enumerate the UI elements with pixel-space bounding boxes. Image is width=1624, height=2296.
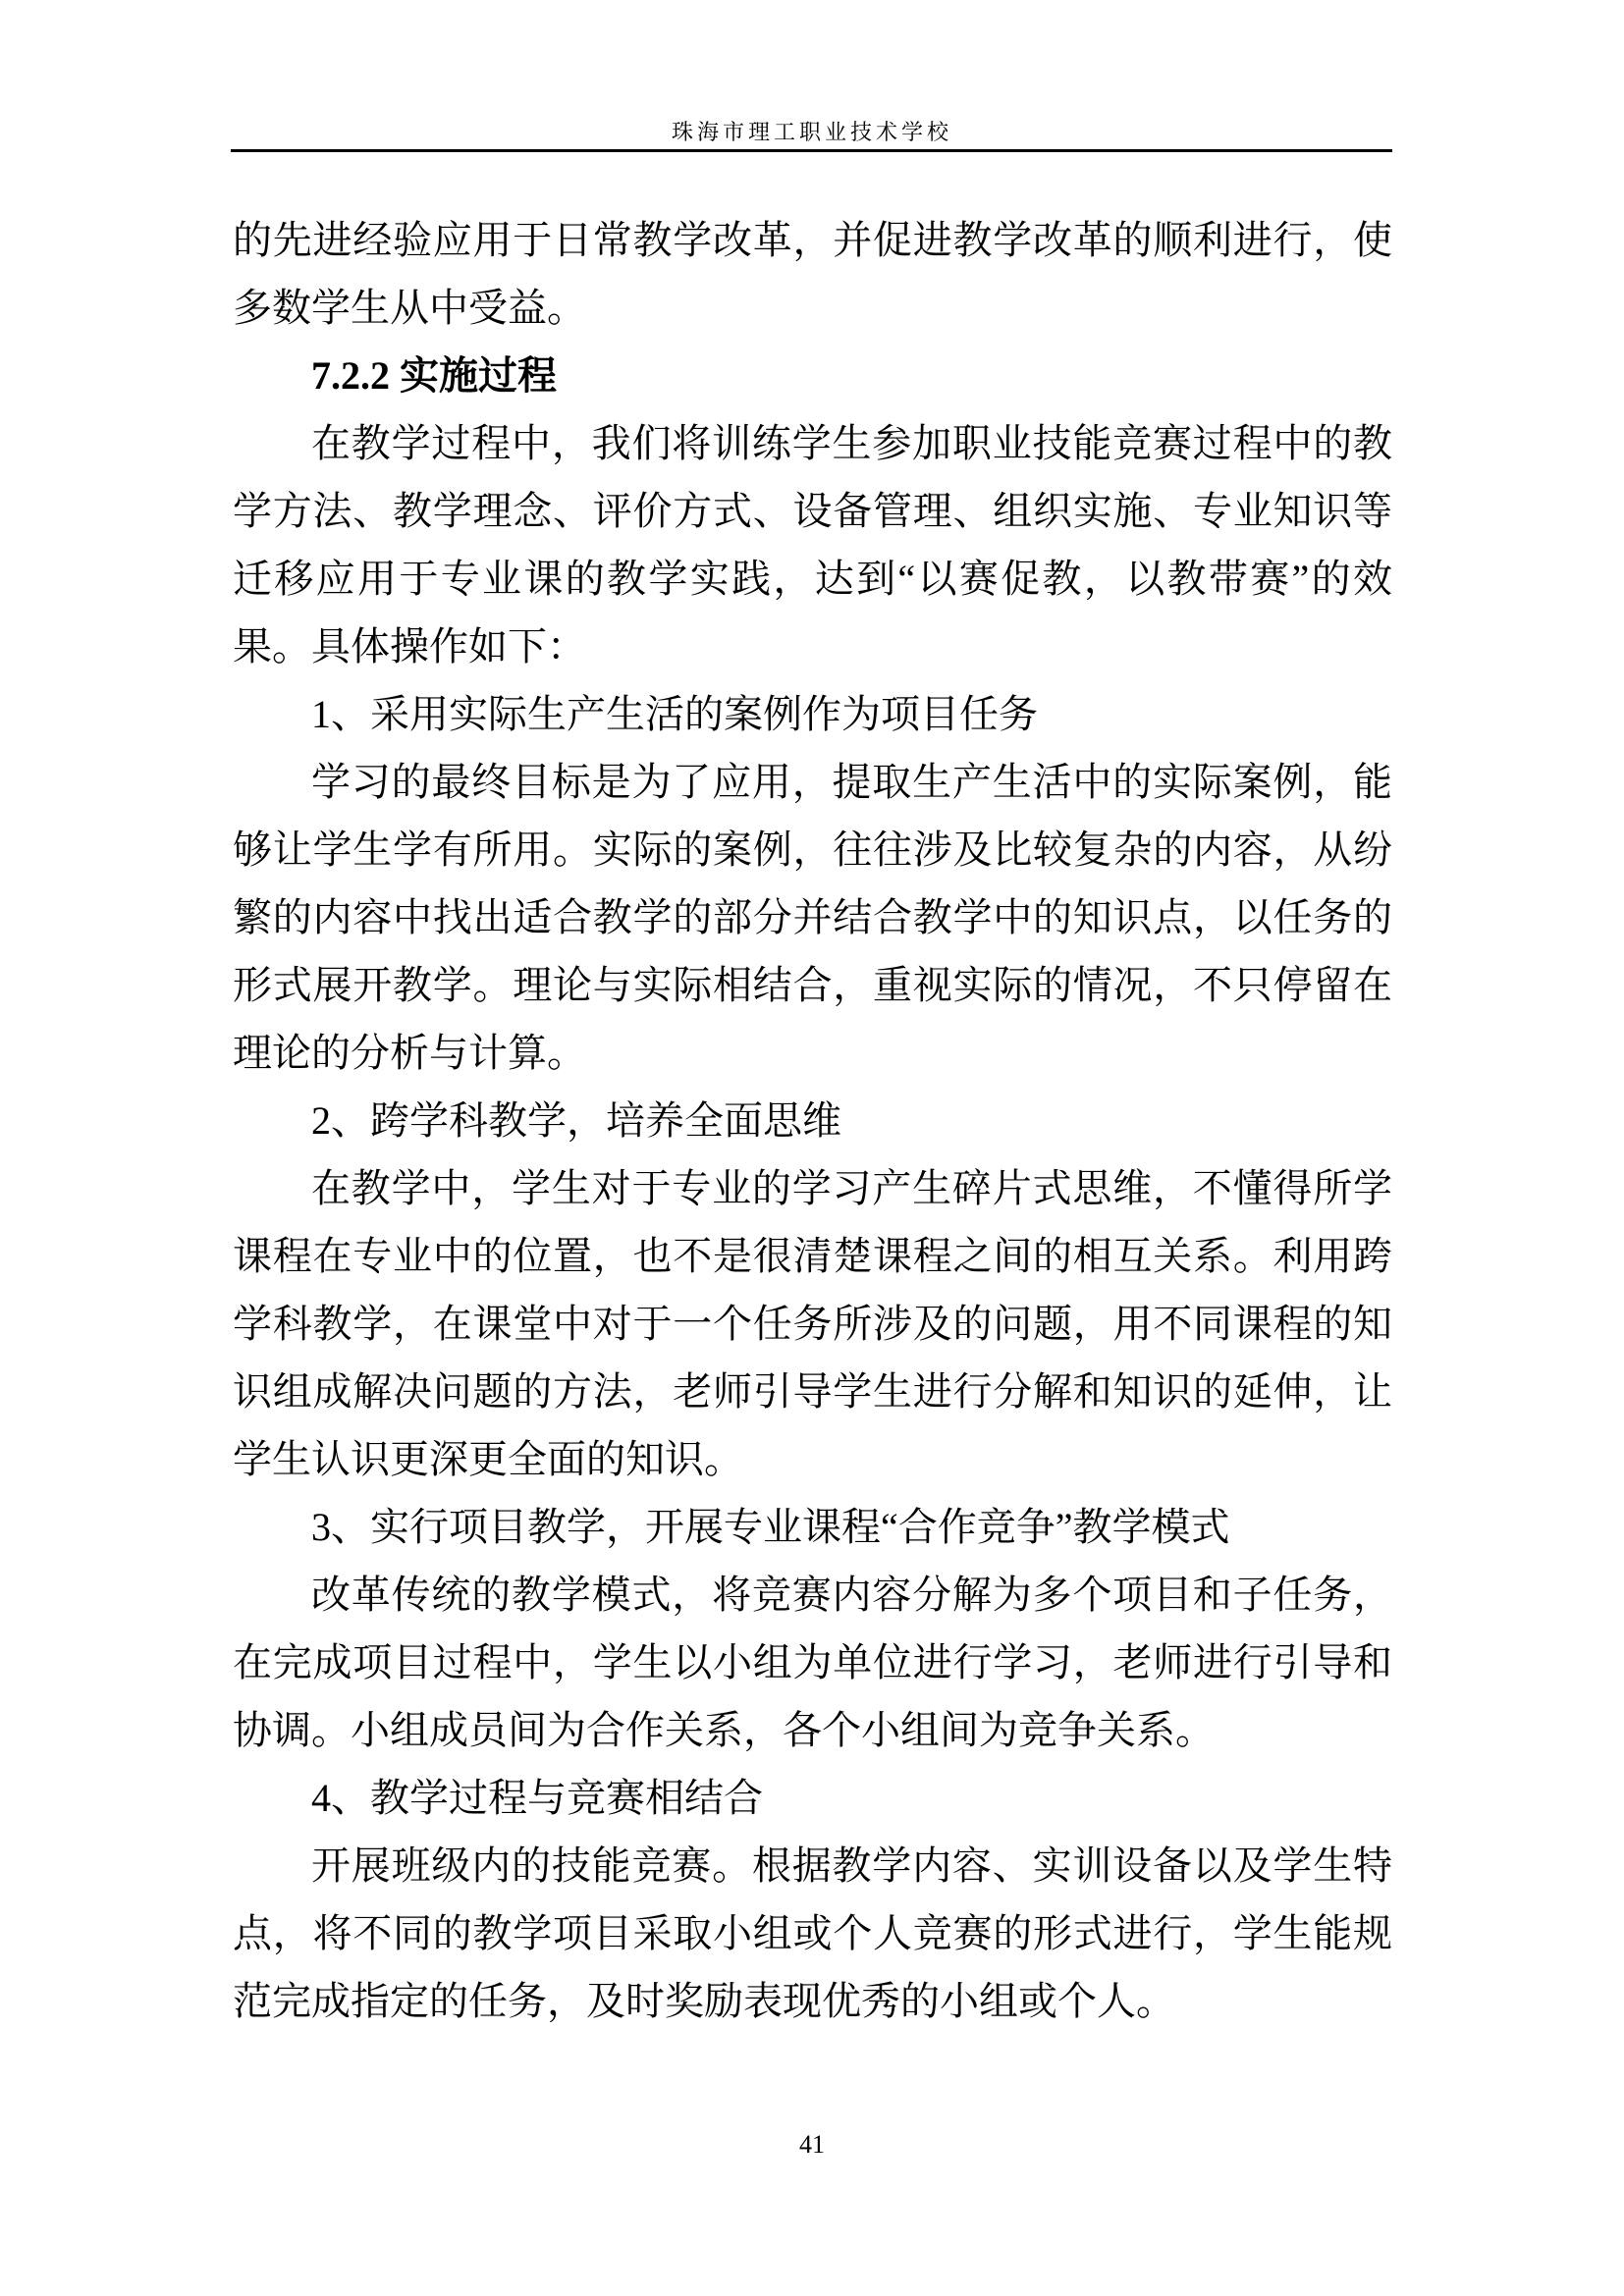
page-number: 41 — [0, 2130, 1624, 2160]
section-heading-7-2-2: 7.2.2 实施过程 — [233, 342, 1392, 409]
paragraph-intro: 在教学过程中，我们将训练学生参加职业技能竞赛过程中的教学方法、教学理念、评价方式… — [233, 409, 1392, 680]
list-item-3: 3、实行项目教学，开展专业课程“合作竞争”教学模式 — [233, 1493, 1392, 1561]
paragraph-item-3-detail: 改革传统的教学模式，将竞赛内容分解为多个项目和子任务，在完成项目过程中，学生以小… — [233, 1561, 1392, 1764]
document-body: 的先进经验应用于日常教学改革，并促进教学改革的顺利进行，使多数学生从中受益。 7… — [233, 206, 1392, 2035]
list-item-1: 1、采用实际生产生活的案例作为项目任务 — [233, 680, 1392, 748]
list-item-2: 2、跨学科教学，培养全面思维 — [233, 1087, 1392, 1154]
paragraph-item-4-detail: 开展班级内的技能竞赛。根据教学内容、实训设备以及学生特点，将不同的教学项目采取小… — [233, 1832, 1392, 2035]
paragraph-item-1-detail: 学习的最终目标是为了应用，提取生产生活中的实际案例，能够让学生学有所用。实际的案… — [233, 748, 1392, 1087]
list-item-4: 4、教学过程与竞赛相结合 — [233, 1764, 1392, 1832]
paragraph-continuation: 的先进经验应用于日常教学改革，并促进教学改革的顺利进行，使多数学生从中受益。 — [233, 206, 1392, 342]
header-rule — [231, 149, 1392, 152]
document-page: 珠海市理工职业技术学校 的先进经验应用于日常教学改革，并促进教学改革的顺利进行，… — [0, 0, 1624, 2296]
paragraph-item-2-detail: 在教学中，学生对于专业的学习产生碎片式思维，不懂得所学课程在专业中的位置，也不是… — [233, 1154, 1392, 1493]
page-header-school-name: 珠海市理工职业技术学校 — [0, 116, 1624, 146]
